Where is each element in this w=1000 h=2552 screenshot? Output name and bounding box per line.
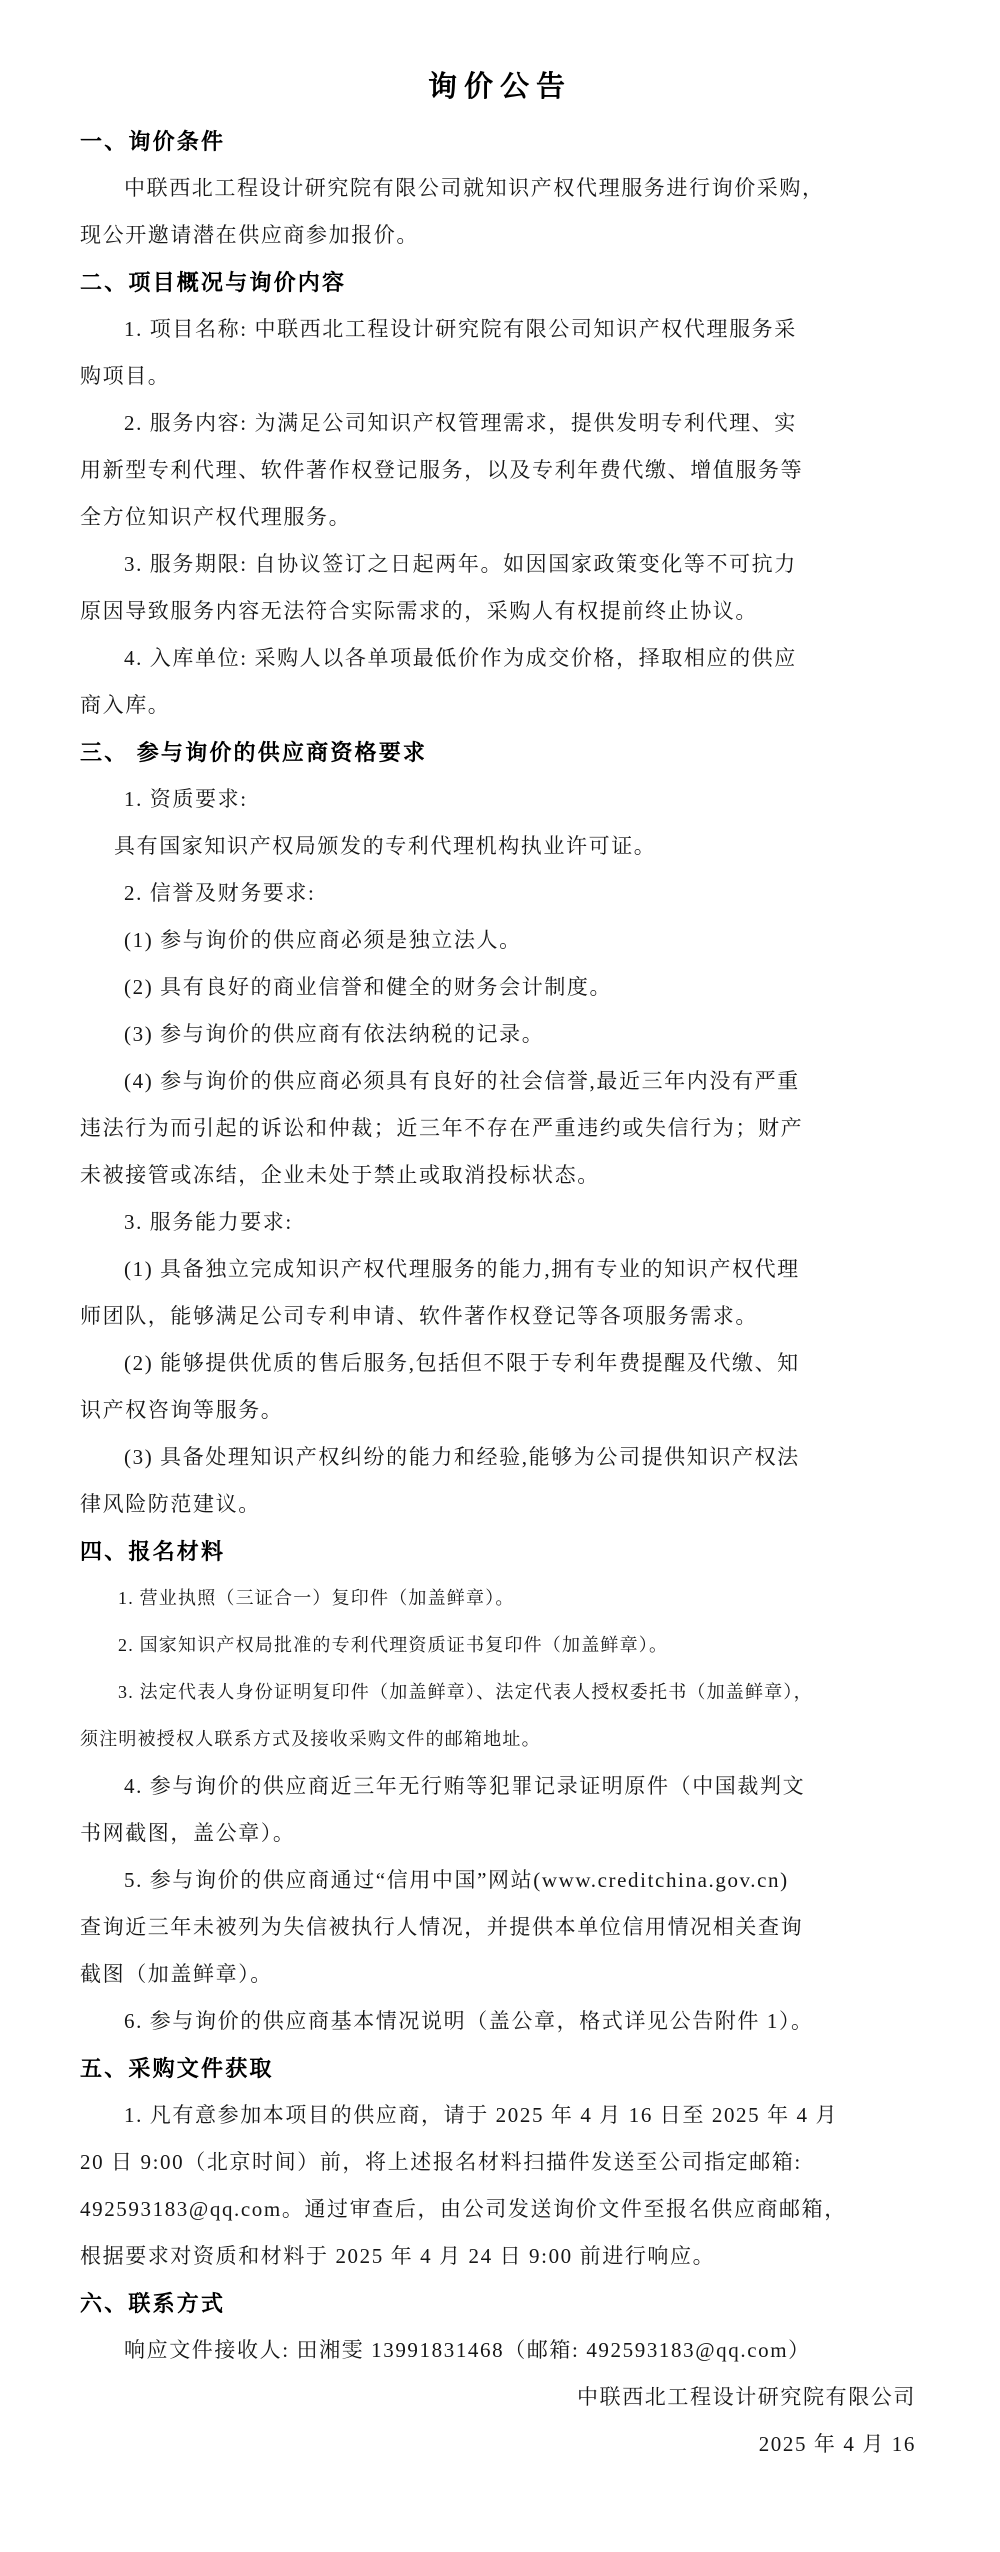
text-line: 商入库。 [80,682,920,729]
text-line: 492593183@qq.com。通过审查后，由公司发送询价文件至报名供应商邮箱… [80,2186,920,2233]
text-line: 4. 参与询价的供应商近三年无行贿等犯罪记录证明原件（中国裁判文 [80,1763,920,1810]
text-line: 5. 参与询价的供应商通过“信用中国”网站(www.creditchina.go… [80,1857,920,1904]
text-line: 1. 项目名称: 中联西北工程设计研究院有限公司知识产权代理服务采 [80,306,920,353]
text-line: (1) 具备独立完成知识产权代理服务的能力,拥有专业的知识产权代理 [80,1246,920,1293]
text-line: 根据要求对资质和材料于 2025 年 4 月 24 日 9:00 前进行响应。 [80,2233,920,2280]
text-line: 3. 服务期限: 自协议签订之日起两年。如因国家政策变化等不可抗力 [80,541,920,588]
text-line: 师团队，能够满足公司专利申请、软件著作权登记等各项服务需求。 [80,1293,920,1340]
text-line: 现公开邀请潜在供应商参加报价。 [80,212,920,259]
text-line: 须注明被授权人联系方式及接收采购文件的邮箱地址。 [80,1716,920,1763]
text-line: 截图（加盖鲜章）。 [80,1951,920,1998]
text-line: (3) 具备处理知识产权纠纷的能力和经验,能够为公司提供知识产权法 [80,1434,920,1481]
text-line: (2) 能够提供优质的售后服务,包括但不限于专利年费提醒及代缴、知 [80,1340,920,1387]
text-line: 1. 营业执照（三证合一）复印件（加盖鲜章）。 [80,1575,920,1622]
text-line: 二、项目概况与询价内容 [80,259,920,306]
text-line: (4) 参与询价的供应商必须具有良好的社会信誉,最近三年内没有严重 [80,1058,920,1105]
text-line: 一、询价条件 [80,118,920,165]
text-line: 3. 服务能力要求: [80,1199,920,1246]
text-line: 2025 年 4 月 16 [80,2421,920,2468]
text-line: 书网截图，盖公章）。 [80,1810,920,1857]
text-line: 2. 信誉及财务要求: [80,870,920,917]
text-line: 响应文件接收人: 田湘雯 13991831468（邮箱: 492593183@q… [80,2327,920,2374]
text-line: 四、报名材料 [80,1528,920,1575]
text-line: 违法行为而引起的诉讼和仲裁；近三年不存在严重违约或失信行为；财产 [80,1105,920,1152]
text-line: 全方位知识产权代理服务。 [80,494,920,541]
text-line: 中联西北工程设计研究院有限公司 [80,2374,920,2421]
text-line: 三、 参与询价的供应商资格要求 [80,729,920,776]
text-line: 查询近三年未被列为失信被执行人情况，并提供本单位信用情况相关查询 [80,1904,920,1951]
text-line: 3. 法定代表人身份证明复印件（加盖鲜章）、法定代表人授权委托书（加盖鲜章）， [80,1669,920,1716]
text-line: 2. 服务内容: 为满足公司知识产权管理需求，提供发明专利代理、实 [80,400,920,447]
text-line: 具有国家知识产权局颁发的专利代理机构执业许可证。 [80,823,920,870]
text-line: 律风险防范建议。 [80,1481,920,1528]
text-line: 2. 国家知识产权局批准的专利代理资质证书复印件（加盖鲜章）。 [80,1622,920,1669]
document-title: 询价公告 [80,62,920,112]
text-line: (2) 具有良好的商业信誉和健全的财务会计制度。 [80,964,920,1011]
text-line: (3) 参与询价的供应商有依法纳税的记录。 [80,1011,920,1058]
text-line: 1. 凡有意参加本项目的供应商，请于 2025 年 4 月 16 日至 2025… [80,2092,920,2139]
text-line: 20 日 9:00（北京时间）前，将上述报名材料扫描件发送至公司指定邮箱: [80,2139,920,2186]
text-line: 4. 入库单位: 采购人以各单项最低价作为成交价格，择取相应的供应 [80,635,920,682]
text-line: 五、采购文件获取 [80,2045,920,2092]
page: 询价公告 一、询价条件中联西北工程设计研究院有限公司就知识产权代理服务进行询价采… [0,0,1000,2552]
text-line: 识产权咨询等服务。 [80,1387,920,1434]
text-line: 中联西北工程设计研究院有限公司就知识产权代理服务进行询价采购， [80,165,920,212]
document-body: 一、询价条件中联西北工程设计研究院有限公司就知识产权代理服务进行询价采购，现公开… [80,118,920,2468]
text-line: 6. 参与询价的供应商基本情况说明（盖公章，格式详见公告附件 1）。 [80,1998,920,2045]
text-line: 原因导致服务内容无法符合实际需求的，采购人有权提前终止协议。 [80,588,920,635]
text-line: 未被接管或冻结，企业未处于禁止或取消投标状态。 [80,1152,920,1199]
text-line: 购项目。 [80,353,920,400]
text-line: (1) 参与询价的供应商必须是独立法人。 [80,917,920,964]
text-line: 六、联系方式 [80,2280,920,2327]
text-line: 1. 资质要求: [80,776,920,823]
text-line: 用新型专利代理、软件著作权登记服务，以及专利年费代缴、增值服务等 [80,447,920,494]
